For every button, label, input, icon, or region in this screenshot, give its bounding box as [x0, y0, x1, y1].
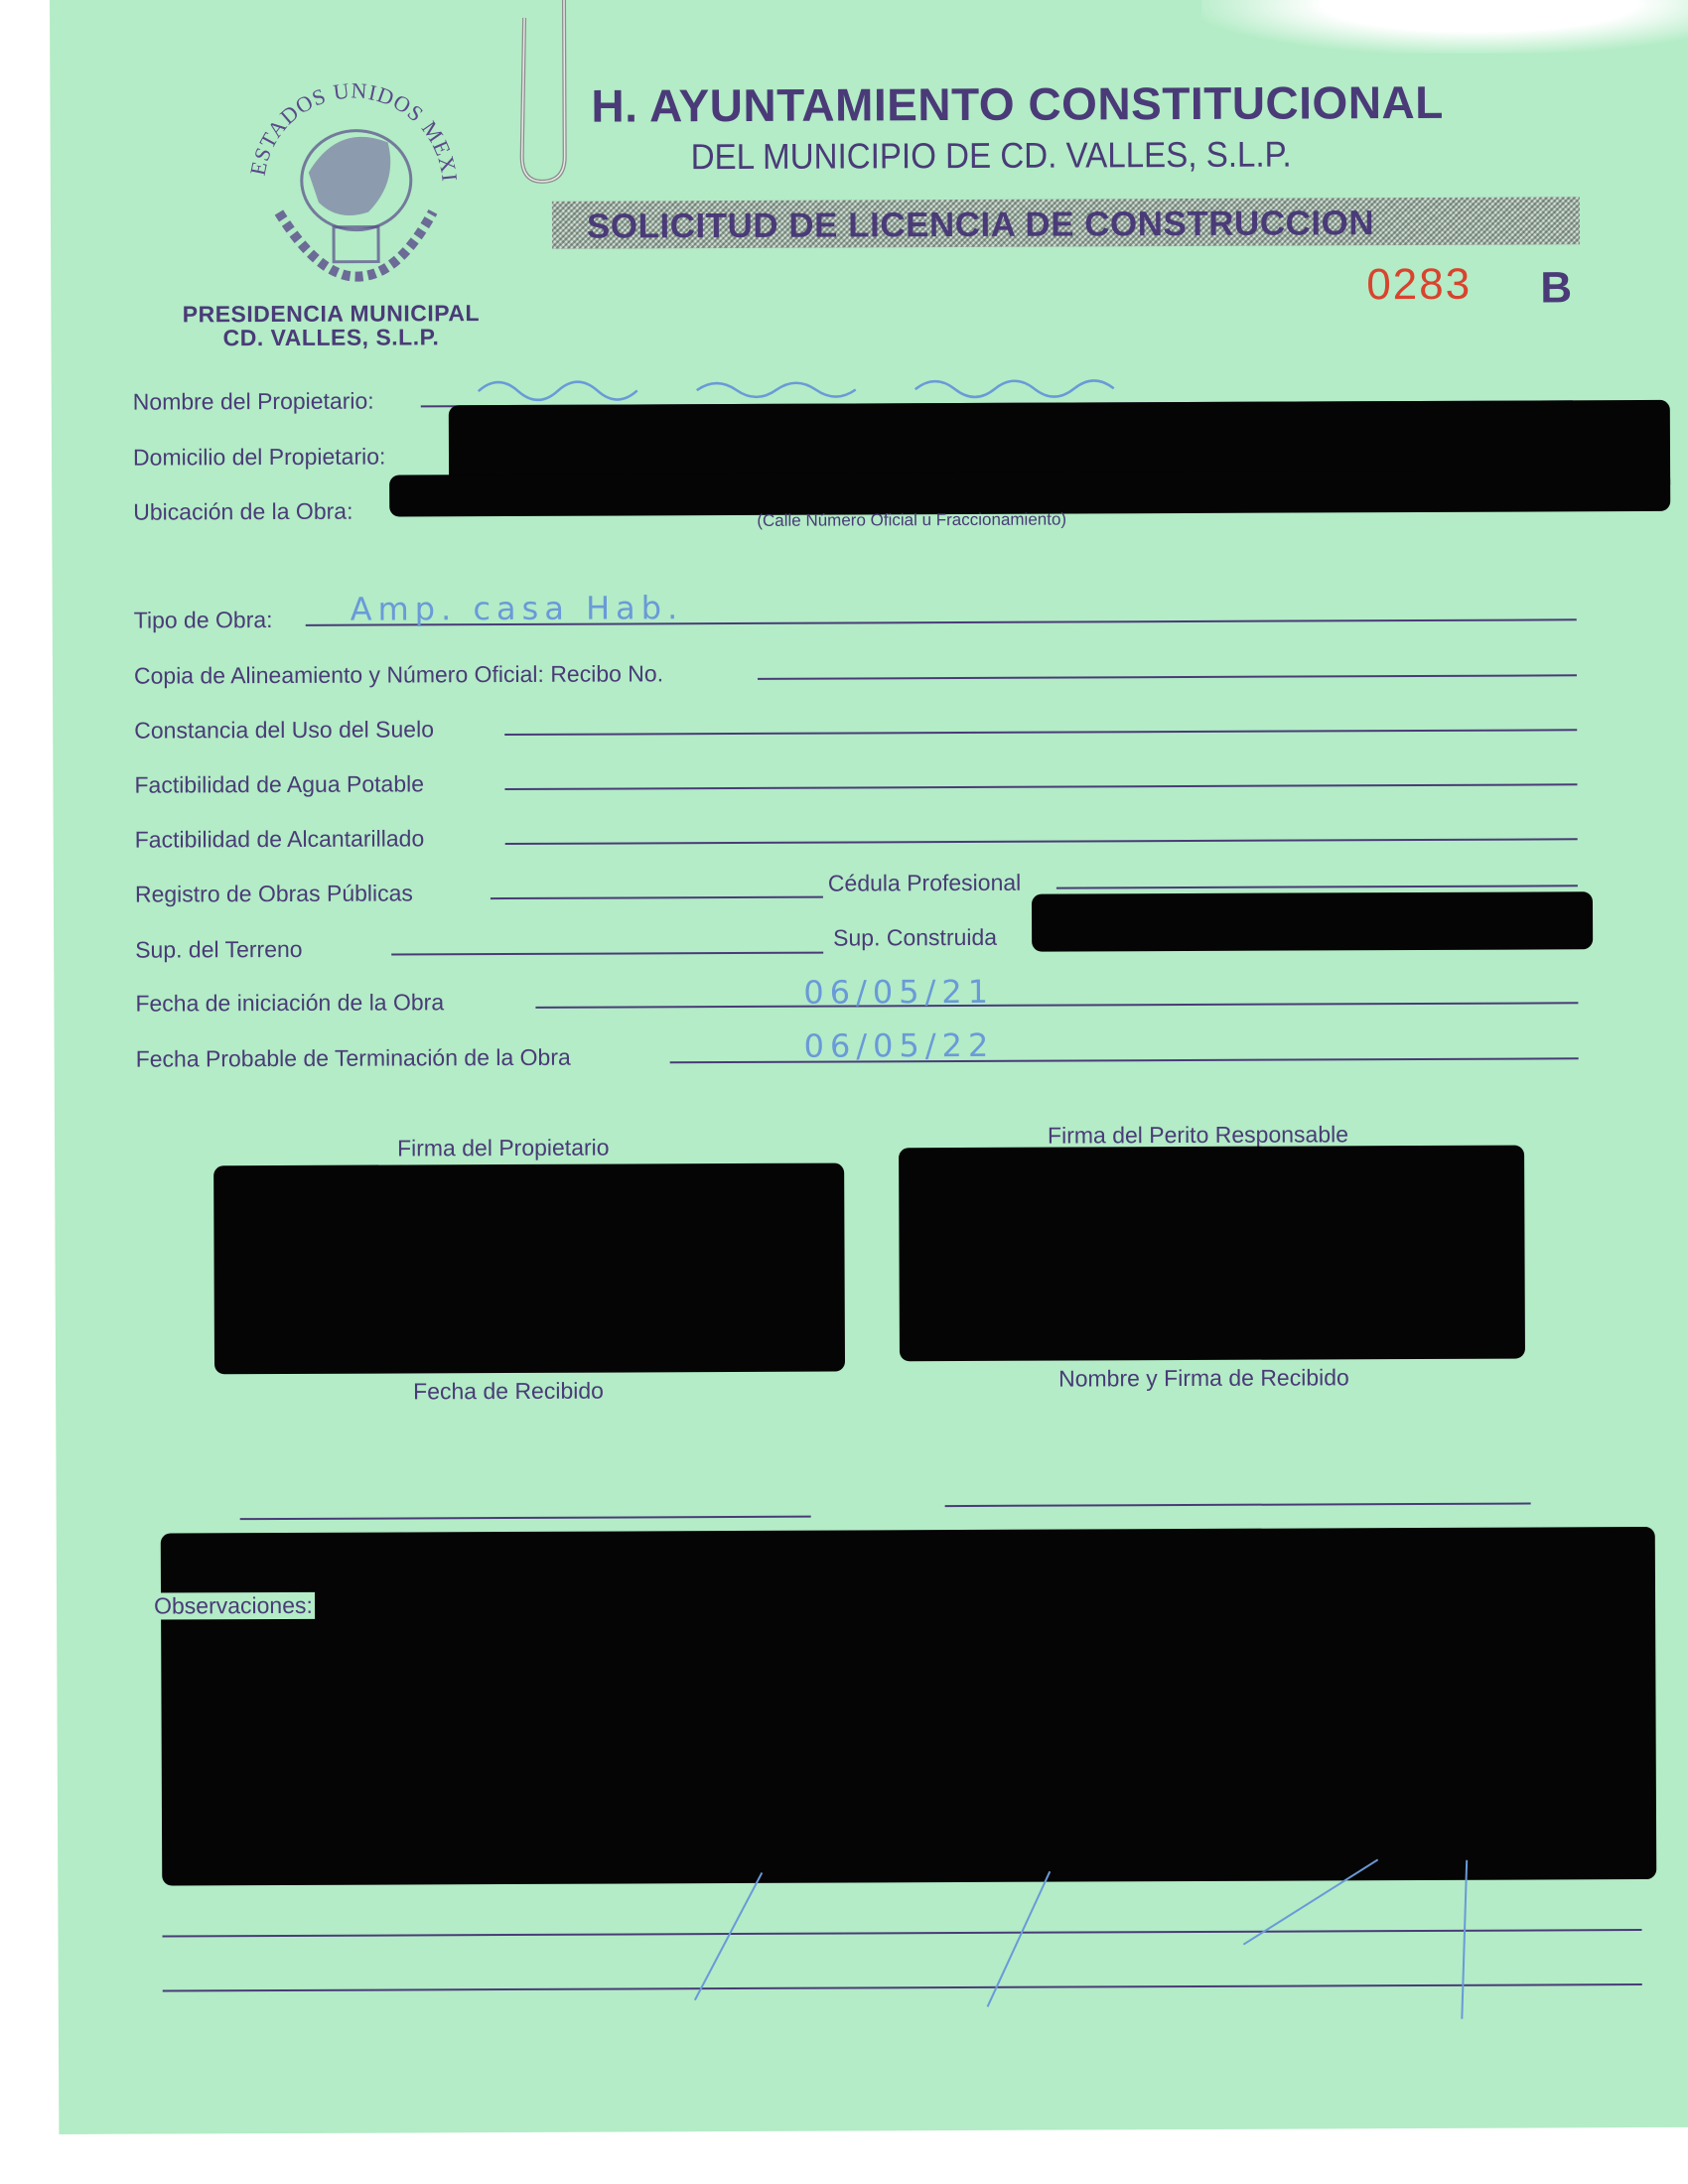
owner-address-label: Domicilio del Propietario:	[133, 444, 386, 472]
issuer-line1: PRESIDENCIA MUNICIPAL	[132, 301, 529, 327]
work-type-value[interactable]: Amp. casa Hab.	[351, 589, 684, 627]
series-letter: B	[1540, 263, 1572, 313]
land-area-label: Sup. del Terreno	[135, 936, 302, 964]
form-sheet: ESTADOS UNIDOS MEXICANOS PRESIDENCIA MUN…	[50, 0, 1688, 2134]
form-title: SOLICITUD DE LICENCIA DE CONSTRUCCION	[587, 204, 1374, 246]
alignment-label: Copia de Alineamiento y Número Oficial: …	[134, 660, 663, 689]
start-date-line	[535, 1002, 1578, 1009]
issuer-line2: CD. VALLES, S.L.P.	[132, 325, 529, 350]
public-works-line[interactable]	[491, 896, 823, 899]
redacted-block	[161, 1527, 1657, 1886]
received-by-label: Nombre y Firma de Recibido	[1058, 1364, 1349, 1392]
pen-stroke	[694, 1872, 763, 2000]
redacted-block	[899, 1146, 1525, 1362]
observations-label: Observaciones:	[154, 1592, 315, 1620]
municipality-subtitle: DEL MUNICIPIO DE CD. VALLES, S.L.P.	[691, 134, 1292, 179]
handwriting-placeholder-icon	[469, 364, 1263, 405]
work-location-label: Ubicación de la Obra:	[133, 498, 352, 526]
water-label: Factibilidad de Agua Potable	[134, 770, 424, 798]
land-area-line[interactable]	[391, 952, 823, 956]
issuer-block: PRESIDENCIA MUNICIPAL CD. VALLES, S.L.P.	[132, 301, 529, 350]
redacted-block	[1032, 891, 1593, 951]
work-location-hint: (Calle Número Oficial u Fraccionamiento)	[757, 510, 1066, 531]
observations-line[interactable]	[163, 1929, 1642, 1938]
water-line[interactable]	[504, 783, 1577, 790]
built-area-label: Sup. Construida	[833, 924, 997, 952]
start-date-value[interactable]: 06/05/21	[803, 973, 994, 1012]
license-label: Cédula Profesional	[828, 870, 1021, 897]
pen-stroke	[1461, 1860, 1468, 2019]
license-line[interactable]	[1056, 885, 1578, 888]
work-type-label: Tipo de Obra:	[134, 607, 273, 634]
owner-name-label: Nombre del Propietario:	[133, 388, 374, 416]
received-date-label: Fecha de Recibido	[413, 1378, 604, 1406]
end-date-label: Fecha Probable de Terminación de la Obra	[136, 1044, 571, 1073]
owner-signature-label: Firma del Propietario	[397, 1135, 610, 1162]
received-by-line[interactable]	[945, 1503, 1531, 1508]
municipality-title: H. AYUNTAMIENTO CONSTITUCIONAL	[591, 75, 1444, 133]
alignment-line[interactable]	[758, 674, 1577, 680]
redacted-block	[213, 1163, 845, 1375]
end-date-value[interactable]: 06/05/22	[804, 1026, 995, 1065]
public-works-label: Registro de Obras Públicas	[135, 880, 413, 907]
start-date-label: Fecha de iniciación de la Obra	[135, 989, 444, 1017]
received-date-line[interactable]	[240, 1516, 811, 1521]
form-title-band: SOLICITUD DE LICENCIA DE CONSTRUCCION	[552, 197, 1580, 249]
land-use-label: Constancia del Uso del Suelo	[134, 716, 434, 744]
scan-glare	[1201, 0, 1688, 55]
observations-line[interactable]	[163, 1983, 1642, 1992]
national-seal-icon: ESTADOS UNIDOS MEXICANOS	[238, 63, 468, 292]
paperclip-icon	[516, 0, 577, 197]
owner-name-value[interactable]	[469, 364, 1263, 405]
expert-signature-label: Firma del Perito Responsable	[1048, 1121, 1348, 1149]
folio-number: 0283	[1366, 260, 1472, 310]
land-use-line[interactable]	[504, 729, 1577, 736]
sewer-line[interactable]	[505, 838, 1578, 845]
sewer-label: Factibilidad de Alcantarillado	[135, 825, 425, 853]
